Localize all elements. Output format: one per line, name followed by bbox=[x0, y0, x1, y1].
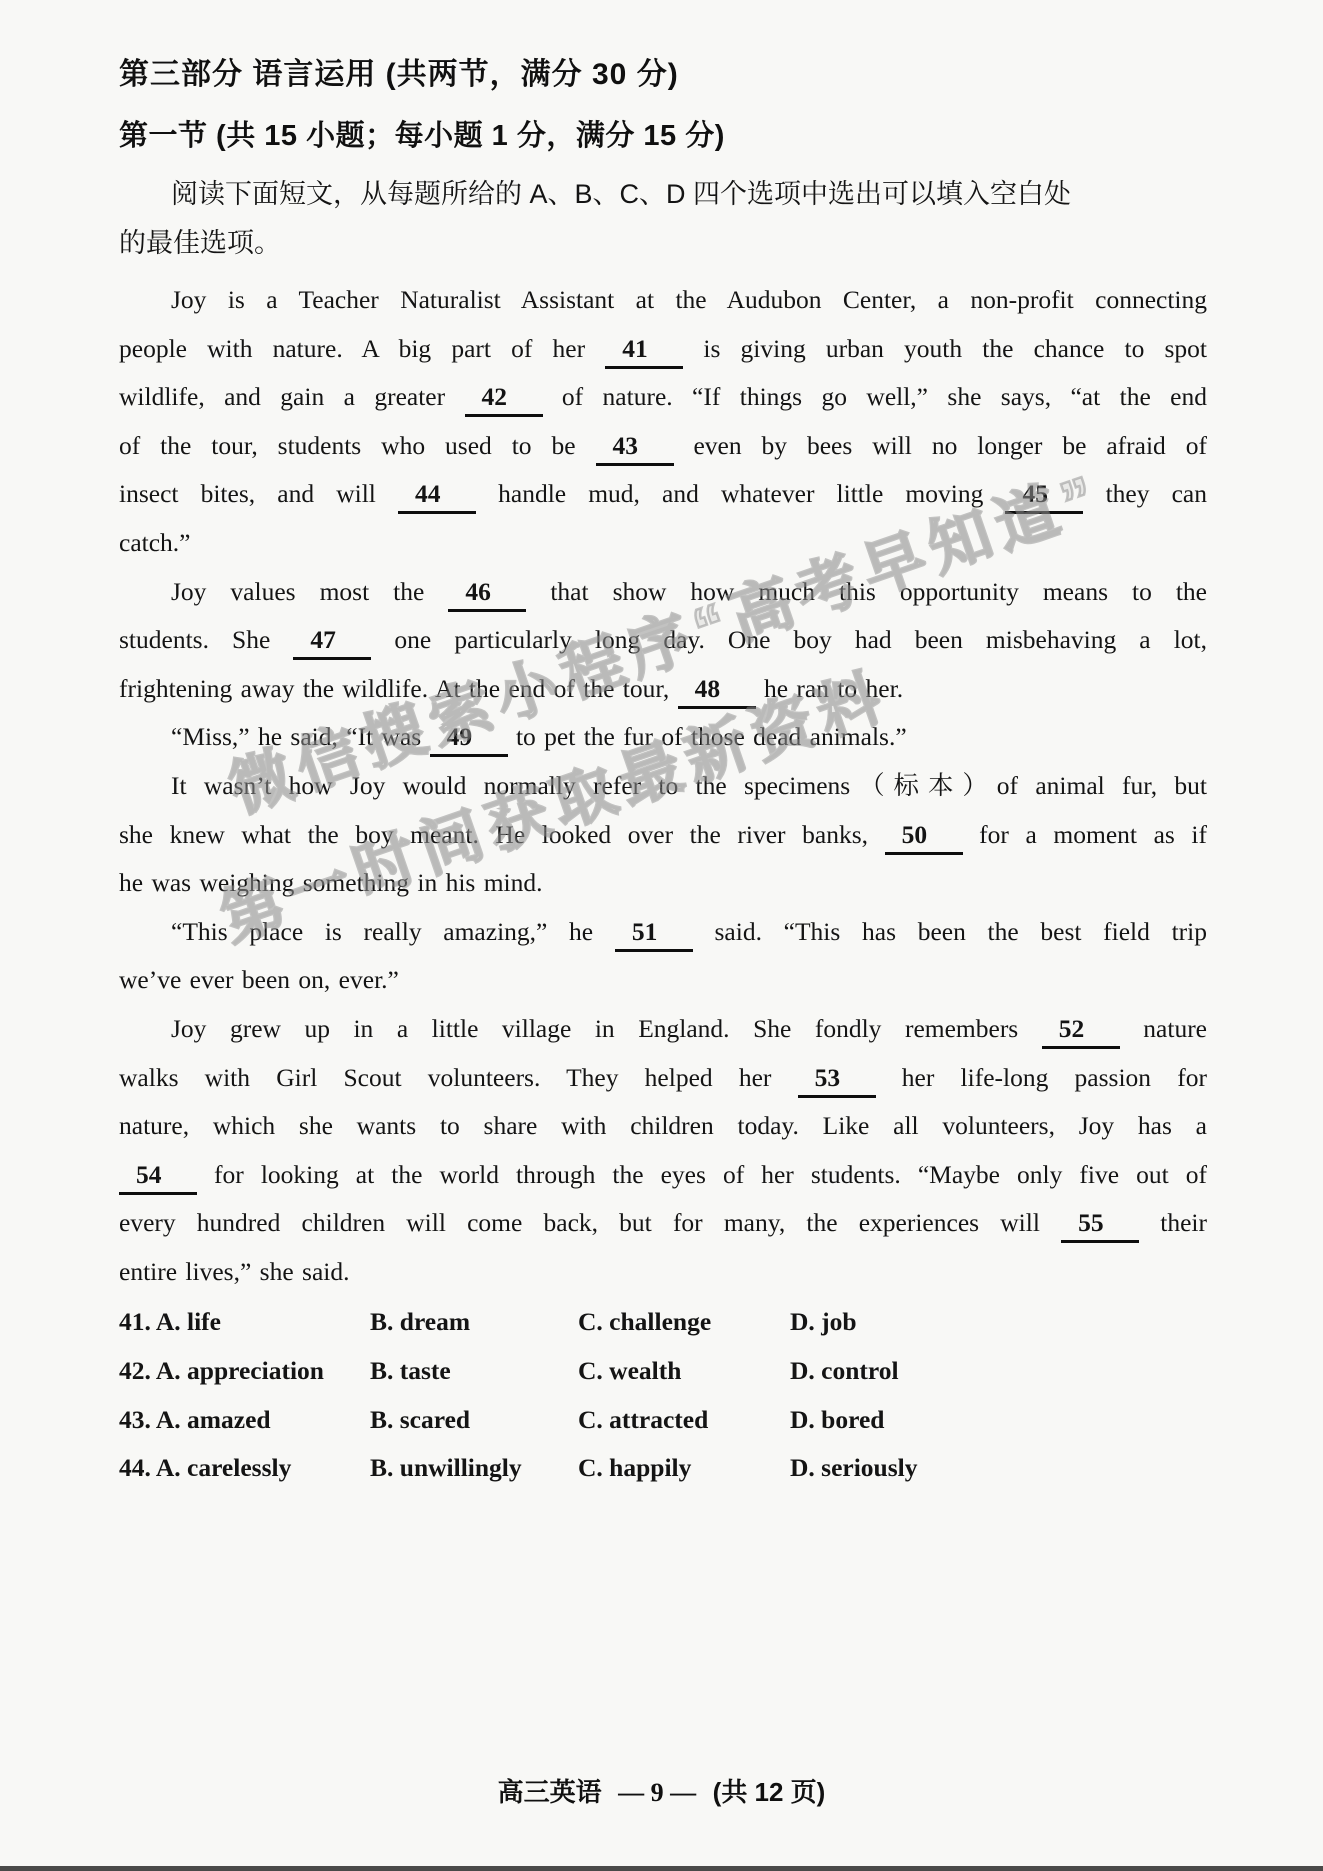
blank-44: 44 bbox=[398, 477, 476, 514]
option-43-C: C. attracted bbox=[578, 1396, 790, 1445]
option-41-A: 41. A. life bbox=[119, 1298, 370, 1347]
question-options: 41. A. lifeB. dreamC. challengeD. job42.… bbox=[119, 1298, 1207, 1492]
option-41-D: D. job bbox=[790, 1298, 1207, 1347]
passage-line: “Miss,” he said, “It was 49 to pet the f… bbox=[119, 713, 1207, 762]
option-43-D: D. bored bbox=[790, 1396, 1207, 1445]
passage-line: Joy is a Teacher Naturalist Assistant at… bbox=[119, 276, 1207, 325]
option-43-A: 43. A. amazed bbox=[119, 1396, 370, 1445]
passage-line: catch.” bbox=[119, 519, 1207, 568]
passage-line: Joy values most the 46 that show how muc… bbox=[119, 568, 1207, 617]
blank-55: 55 bbox=[1061, 1206, 1139, 1243]
blank-46: 46 bbox=[448, 575, 526, 612]
passage-line: Joy grew up in a little village in Engla… bbox=[119, 1005, 1207, 1054]
scan-edge bbox=[0, 1866, 1323, 1871]
option-41-B: B. dream bbox=[370, 1298, 578, 1347]
question-43: 43. A. amazedB. scaredC. attractedD. bor… bbox=[119, 1396, 1207, 1445]
blank-49: 49 bbox=[430, 720, 508, 757]
footer-total-pages: (共 12 页) bbox=[713, 1777, 826, 1807]
option-43-B: B. scared bbox=[370, 1396, 578, 1445]
blank-48: 48 bbox=[678, 672, 756, 709]
question-42: 42. A. appreciationB. tasteC. wealthD. c… bbox=[119, 1347, 1207, 1396]
passage-line: 54 for looking at the world through the … bbox=[119, 1151, 1207, 1200]
section-title: 第一节 (共 15 小题；每小题 1 分，满分 15 分) bbox=[119, 114, 1207, 158]
passage-line: It wasn’t how Joy would normally refer t… bbox=[119, 762, 1207, 811]
passage-line: frightening away the wildlife. At the en… bbox=[119, 665, 1207, 714]
option-44-D: D. seriously bbox=[790, 1444, 1207, 1493]
footer-subject: 高三英语 bbox=[498, 1777, 602, 1807]
blank-53: 53 bbox=[798, 1061, 876, 1098]
blank-50: 50 bbox=[885, 818, 963, 855]
blank-42: 42 bbox=[465, 380, 543, 417]
blank-45: 45 bbox=[1005, 477, 1083, 514]
passage-line: of the tour, students who used to be 43 … bbox=[119, 422, 1207, 471]
option-44-C: C. happily bbox=[578, 1444, 790, 1493]
page-footer: 高三英语 — 9 — (共 12 页) bbox=[0, 1772, 1323, 1809]
option-41-C: C. challenge bbox=[578, 1298, 790, 1347]
passage-line: insect bites, and will 44 handle mud, an… bbox=[119, 470, 1207, 519]
blank-51: 51 bbox=[615, 915, 693, 952]
option-44-A: 44. A. carelessly bbox=[119, 1444, 370, 1493]
instruction-line-2: 的最佳选项。 bbox=[119, 219, 1207, 268]
question-44: 44. A. carelesslyB. unwillinglyC. happil… bbox=[119, 1444, 1207, 1493]
footer-page-number: — 9 — bbox=[618, 1778, 696, 1807]
option-42-B: B. taste bbox=[370, 1347, 578, 1396]
option-42-C: C. wealth bbox=[578, 1347, 790, 1396]
passage-line: walks with Girl Scout volunteers. They h… bbox=[119, 1054, 1207, 1103]
instruction-line-1: 阅读下面短文，从每题所给的 A、B、C、D 四个选项中选出可以填入空白处 bbox=[119, 170, 1207, 219]
blank-54: 54 bbox=[119, 1158, 197, 1195]
passage-line: entire lives,” she said. bbox=[119, 1248, 1207, 1297]
passage-line: students. She 47 one particularly long d… bbox=[119, 616, 1207, 665]
passage-line: we’ve ever been on, ever.” bbox=[119, 956, 1207, 1005]
blank-52: 52 bbox=[1042, 1012, 1120, 1049]
option-42-A: 42. A. appreciation bbox=[119, 1347, 370, 1396]
exam-page: 第三部分 语言运用 (共两节，满分 30 分) 第一节 (共 15 小题；每小题… bbox=[0, 0, 1323, 1871]
passage-line: nature, which she wants to share with ch… bbox=[119, 1102, 1207, 1151]
page-content: 第三部分 语言运用 (共两节，满分 30 分) 第一节 (共 15 小题；每小题… bbox=[119, 52, 1207, 1493]
option-44-B: B. unwillingly bbox=[370, 1444, 578, 1493]
blank-43: 43 bbox=[596, 429, 674, 466]
passage-line: people with nature. A big part of her 41… bbox=[119, 325, 1207, 374]
passage-line: wildlife, and gain a greater 42 of natur… bbox=[119, 373, 1207, 422]
instruction: 阅读下面短文，从每题所给的 A、B、C、D 四个选项中选出可以填入空白处 的最佳… bbox=[119, 170, 1207, 268]
cloze-passage: Joy is a Teacher Naturalist Assistant at… bbox=[119, 276, 1207, 1296]
blank-47: 47 bbox=[293, 623, 371, 660]
passage-line: every hundred children will come back, b… bbox=[119, 1199, 1207, 1248]
passage-line: “This place is really amazing,” he 51 sa… bbox=[119, 908, 1207, 957]
option-42-D: D. control bbox=[790, 1347, 1207, 1396]
passage-line: he was weighing something in his mind. bbox=[119, 859, 1207, 908]
part-title: 第三部分 语言运用 (共两节，满分 30 分) bbox=[119, 52, 1207, 98]
question-41: 41. A. lifeB. dreamC. challengeD. job bbox=[119, 1298, 1207, 1347]
blank-41: 41 bbox=[605, 332, 683, 369]
passage-line: she knew what the boy meant. He looked o… bbox=[119, 811, 1207, 860]
